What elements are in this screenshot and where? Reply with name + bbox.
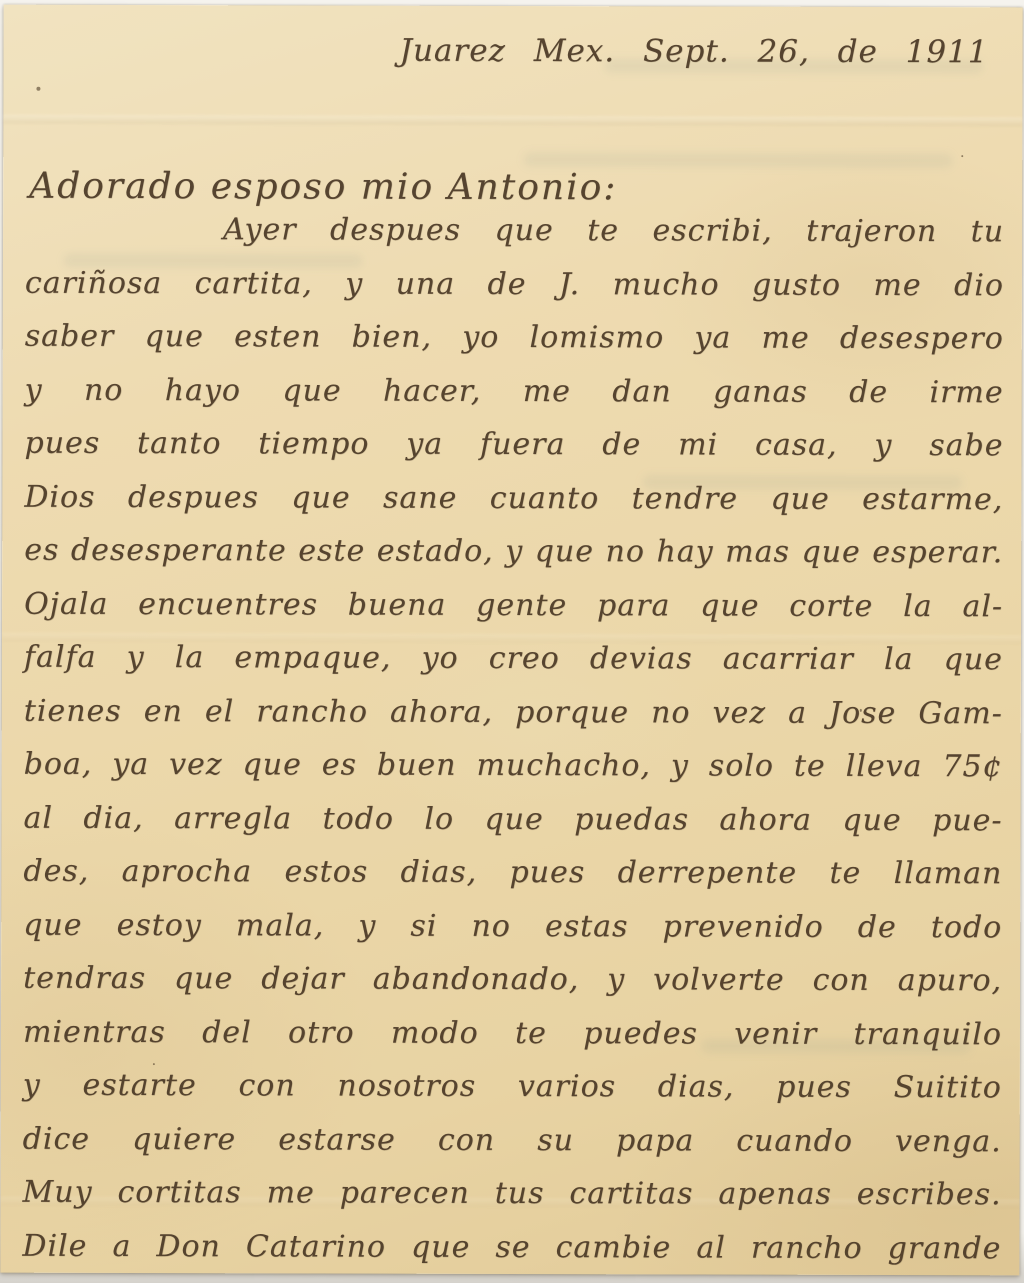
paper-speck: [961, 155, 963, 157]
letter-line: saber que esten bien, yo lomismo ya me d…: [25, 310, 1004, 366]
letter-line: Dios despues que sane cuanto tendre que …: [24, 470, 1003, 526]
paper-speck: [36, 87, 40, 91]
fold-crease: [3, 115, 1022, 127]
letter-body: Ayer despues que te escribi, trajeron tu…: [22, 203, 1004, 1276]
letter-line: Dile a Don Catarino que se cambie al ran…: [22, 1219, 1001, 1275]
letter-page: Juarez Mex. Sept. 26, de 1911 Adorado es…: [0, 5, 1022, 1276]
letter-line: y no hayo que hacer, me dan ganas de irm…: [25, 363, 1004, 419]
scanned-letter-page: { "colors": { "paper": "#ebd7a9", "ink":…: [0, 0, 1024, 1283]
letter-line: Muy cortitas me parecen tus cartitas ape…: [22, 1166, 1001, 1222]
letter-line: tienes en el rancho ahora, porque no vez…: [24, 684, 1003, 740]
letter-line: dice quiere estarse con su papa cuando v…: [23, 1112, 1002, 1168]
letter-line: al dia, arregla todo lo que puedas ahora…: [23, 791, 1002, 847]
letter-line: falfa y la empaque, yo creo devias acarr…: [24, 631, 1003, 687]
letter-line: Ojala encuentres buena gente para que co…: [24, 577, 1003, 633]
letter-line: pues tanto tiempo ya fuera de mi casa, y…: [24, 417, 1003, 473]
dateline: Juarez Mex. Sept. 26, de 1911: [399, 26, 988, 78]
letter-line: des, aprocha estos dias, pues derrepente…: [23, 845, 1002, 901]
letter-line: cariñosa cartita, y una de J. mucho gust…: [25, 256, 1004, 312]
letter-line: es desesperante este estado, y que no ha…: [24, 524, 1003, 580]
letter-line: boa, ya vez que es buen muchacho, y solo…: [24, 738, 1003, 794]
letter-line: Ayer despues que te escribi, trajeron tu: [25, 203, 1004, 259]
letter-line: que estoy mala, y si no estas prevenido …: [23, 898, 1002, 954]
letter-line: tendras que dejar abandonado, y volverte…: [23, 952, 1002, 1008]
letter-line: mientras del otro modo te puedes venir t…: [23, 1005, 1002, 1061]
letter-line: y estarte con nosotros varios dias, pues…: [23, 1059, 1002, 1115]
